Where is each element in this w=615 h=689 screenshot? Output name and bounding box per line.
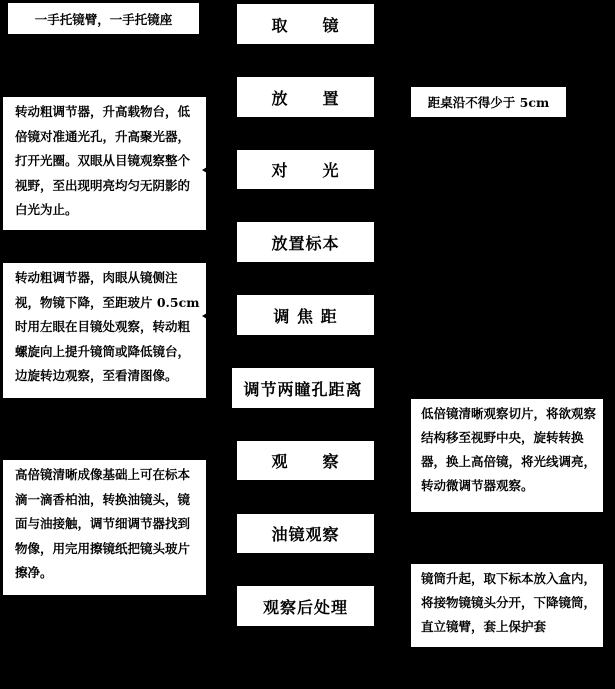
note-focus: 转动粗调节器，肉眼从镜侧注视，物镜下降，至距玻片 0.5cm 时用左眼在目镜处观… — [3, 263, 206, 398]
note-placement: 距桌沿不得少于 5cm — [411, 87, 566, 117]
note-oil-immersion: 高倍镜清晰成像基础上可在标本滴一滴香柏油，转换油镜头，镜面与油接触，调节细调节器… — [3, 460, 206, 595]
step-take-scope: 取 镜 — [237, 4, 374, 44]
step-light-adjust: 对 光 — [237, 150, 374, 189]
step-after-use: 观察后处理 — [237, 586, 374, 626]
arrow-icon — [202, 313, 207, 319]
step-observe: 观 察 — [237, 441, 374, 480]
step-adjust-pupil-distance: 调节两瞳孔距离 — [232, 368, 374, 408]
step-place-specimen: 放置标本 — [237, 222, 374, 262]
step-placement: 放 置 — [237, 77, 374, 117]
arrow-icon — [202, 167, 207, 173]
note-after-use: 镜筒升起，取下标本放入盒内，将接物镜镜头分开，下降镜筒，直立镜臂，套上保护套 — [411, 564, 603, 647]
note-light-adjust: 转动粗调节器，升高载物台，低倍镜对准通光孔，升高聚光器，打开光圈。双眼从目镜观察… — [3, 97, 206, 230]
step-focus: 调 焦 距 — [237, 295, 374, 335]
note-take-scope: 一手托镜臂，一手托镜座 — [8, 3, 199, 34]
step-oil-immersion: 油镜观察 — [237, 514, 374, 553]
note-observe: 低倍镜清晰观察切片，将欲观察结构移至视野中央，旋转转换器，换上高倍镜，将光线调亮… — [411, 399, 603, 512]
